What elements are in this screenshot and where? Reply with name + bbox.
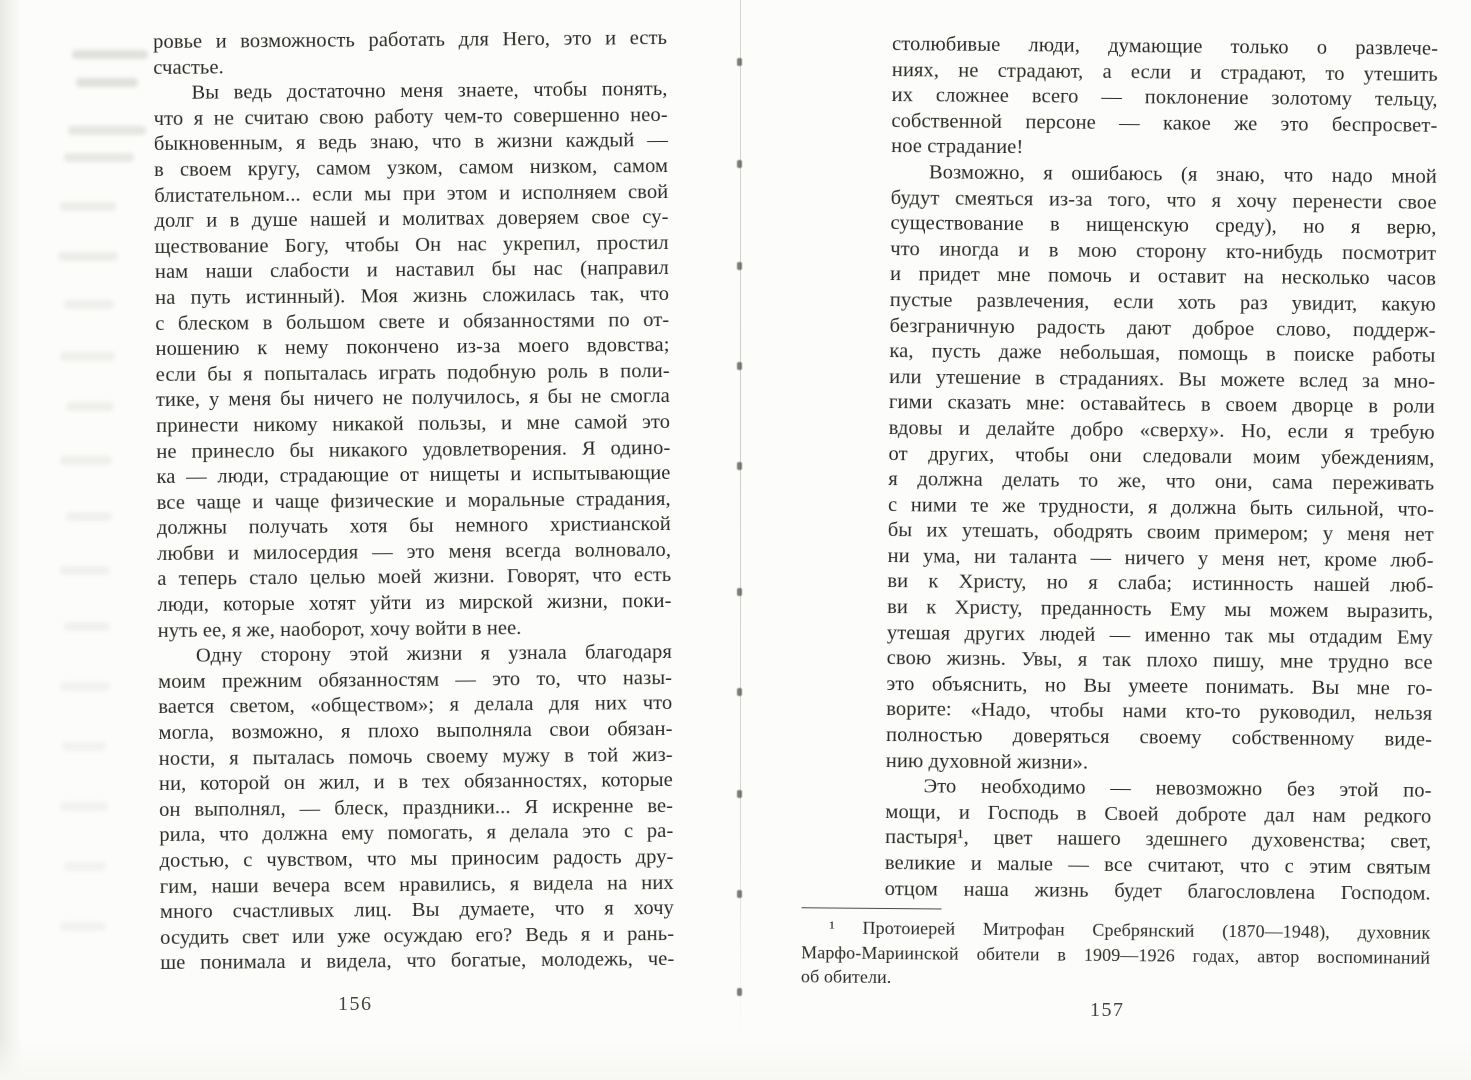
text-line: если бы я попыталась играть подобную рол… <box>156 359 670 389</box>
gutter-speck <box>737 58 742 66</box>
text-line: что я не считаю свою работу чем-то совер… <box>154 103 668 133</box>
text-line: ществование Богу, чтобы Он нас укрепил, … <box>155 231 669 261</box>
ghost-text-mark <box>60 682 110 691</box>
text-line: блистательном... если мы при этом и испо… <box>154 180 668 210</box>
book-spread-photo: ровье и возможность работать для Него, э… <box>0 0 1471 1080</box>
text-line: много счастливых лиц. Вы думаете, что я … <box>160 896 674 926</box>
ghost-text-mark <box>64 300 114 309</box>
gutter-speck <box>737 790 742 798</box>
text-line: любви и милосердия — это меня всегда вол… <box>157 538 671 568</box>
text-line: достью, с чувством, что мы приносим радо… <box>159 845 673 875</box>
text-line: долг и в душе нашей и молитвах доверяем … <box>154 205 668 235</box>
left-page-text: ровье и возможность работать для Него, э… <box>153 26 674 977</box>
text-line: могла, возможно, я плохо выполняла свои … <box>158 717 672 747</box>
gutter-speck <box>737 362 742 370</box>
ghost-text-mark <box>64 153 134 162</box>
ghost-text-mark <box>60 202 116 211</box>
text-line: рила, что должна ему помогать, я делала … <box>159 819 673 849</box>
page-edge-shadow <box>0 0 22 1080</box>
ghost-text-mark <box>60 566 110 575</box>
text-line: отцом наша жизнь будет благословлена Гос… <box>885 877 1431 907</box>
text-line: счастье. <box>153 52 667 82</box>
footnote-text: ¹ Протоиерей Митрофан Сребрянский (1870—… <box>801 915 1431 994</box>
text-line: люди, которые хотят уйти из мирской жизн… <box>157 589 671 619</box>
ghost-text-mark <box>66 512 112 521</box>
text-line: в своем кругу, самом узком, самом низком… <box>154 154 668 184</box>
text-line: осудить свет или уже осуждаю его? Ведь я… <box>160 922 674 952</box>
ghost-text-mark <box>64 862 106 871</box>
gutter-line <box>740 0 741 1042</box>
text-line: нуть ее, я же, наоборот, хочу войти в не… <box>158 615 672 645</box>
text-line: он выполнял, — блеск, праздники... Я иск… <box>159 794 673 824</box>
text-line: моим прежним обязанностям — это то, что … <box>158 666 672 696</box>
footnote: ¹ Протоиерей Митрофан Сребрянский (1870—… <box>801 907 1431 994</box>
text-line: все чаще и чаще физические и моральные с… <box>157 487 671 517</box>
gutter-speck <box>737 160 742 168</box>
gutter-speck <box>737 988 742 996</box>
ghost-text-mark <box>68 126 146 135</box>
text-line: нам наши слабости и наставил бы нас (нап… <box>155 256 669 286</box>
text-line: ровье и возможность работать для Него, э… <box>153 26 667 56</box>
footnote-rule <box>802 907 942 909</box>
gutter-speck <box>737 588 742 596</box>
text-line: с блеском в большом свете и обязанностям… <box>155 307 669 337</box>
text-line: об обители. <box>801 965 1430 995</box>
page-number-right: 157 <box>1090 999 1125 1022</box>
text-line: ни, которой он жил, и в тех обязанностях… <box>159 768 673 798</box>
ghost-text-mark <box>66 402 114 411</box>
ghost-text-mark <box>72 50 148 59</box>
ghost-text-mark <box>60 456 112 465</box>
ghost-text-mark <box>60 802 108 811</box>
text-line: тике, у меня бы ничего не получилось, я … <box>156 384 670 414</box>
text-line: должны получать хотя бы немного христиан… <box>157 512 671 542</box>
ghost-text-mark <box>62 742 106 751</box>
ghost-text-mark <box>64 622 110 631</box>
text-line: ношению к нему покончено из-за моего вдо… <box>155 333 669 363</box>
gutter-speck <box>737 688 742 696</box>
text-line: Вы ведь достаточно меня знаете, чтобы по… <box>153 77 667 107</box>
gutter-speck <box>737 262 742 270</box>
page-bottom-shadow <box>0 1040 1471 1080</box>
text-line: ности, я пыталась помочь своему мужу в т… <box>159 743 673 773</box>
page-number-left: 156 <box>338 993 373 1016</box>
gutter-speck <box>737 890 742 898</box>
text-line: ше понимала и видела, что богатые, молод… <box>160 947 674 977</box>
text-line: вается светом, «обществом»; я делала для… <box>158 691 672 721</box>
text-line: не принесло бы никакого удовлетворения. … <box>156 435 670 465</box>
ghost-text-mark <box>60 352 115 361</box>
text-line: а теперь стало целью моей жизни. Говорят… <box>157 563 671 593</box>
text-line: принести никому никакой пользы, и мне са… <box>156 410 670 440</box>
ghost-text-mark <box>76 78 138 87</box>
ghost-text-mark <box>58 252 118 261</box>
text-line: ка — люди, страдающие от нищеты и испыты… <box>156 461 670 491</box>
right-page-text: столюбивые люди, думающие только о развл… <box>884 32 1438 995</box>
text-line: гим, наши вечера всем нравились, я видел… <box>160 871 674 901</box>
ghost-text-mark <box>60 922 106 931</box>
right-page-body: столюбивые люди, думающие только о развл… <box>885 32 1439 907</box>
text-line: на путь истинный). Моя жизнь сложилась т… <box>155 282 669 312</box>
text-line: Одну сторону этой жизни я узнала благода… <box>158 640 672 670</box>
text-line: быкновенным, я ведь знаю, что в жизни ка… <box>154 128 668 158</box>
gutter-speck <box>737 462 742 470</box>
